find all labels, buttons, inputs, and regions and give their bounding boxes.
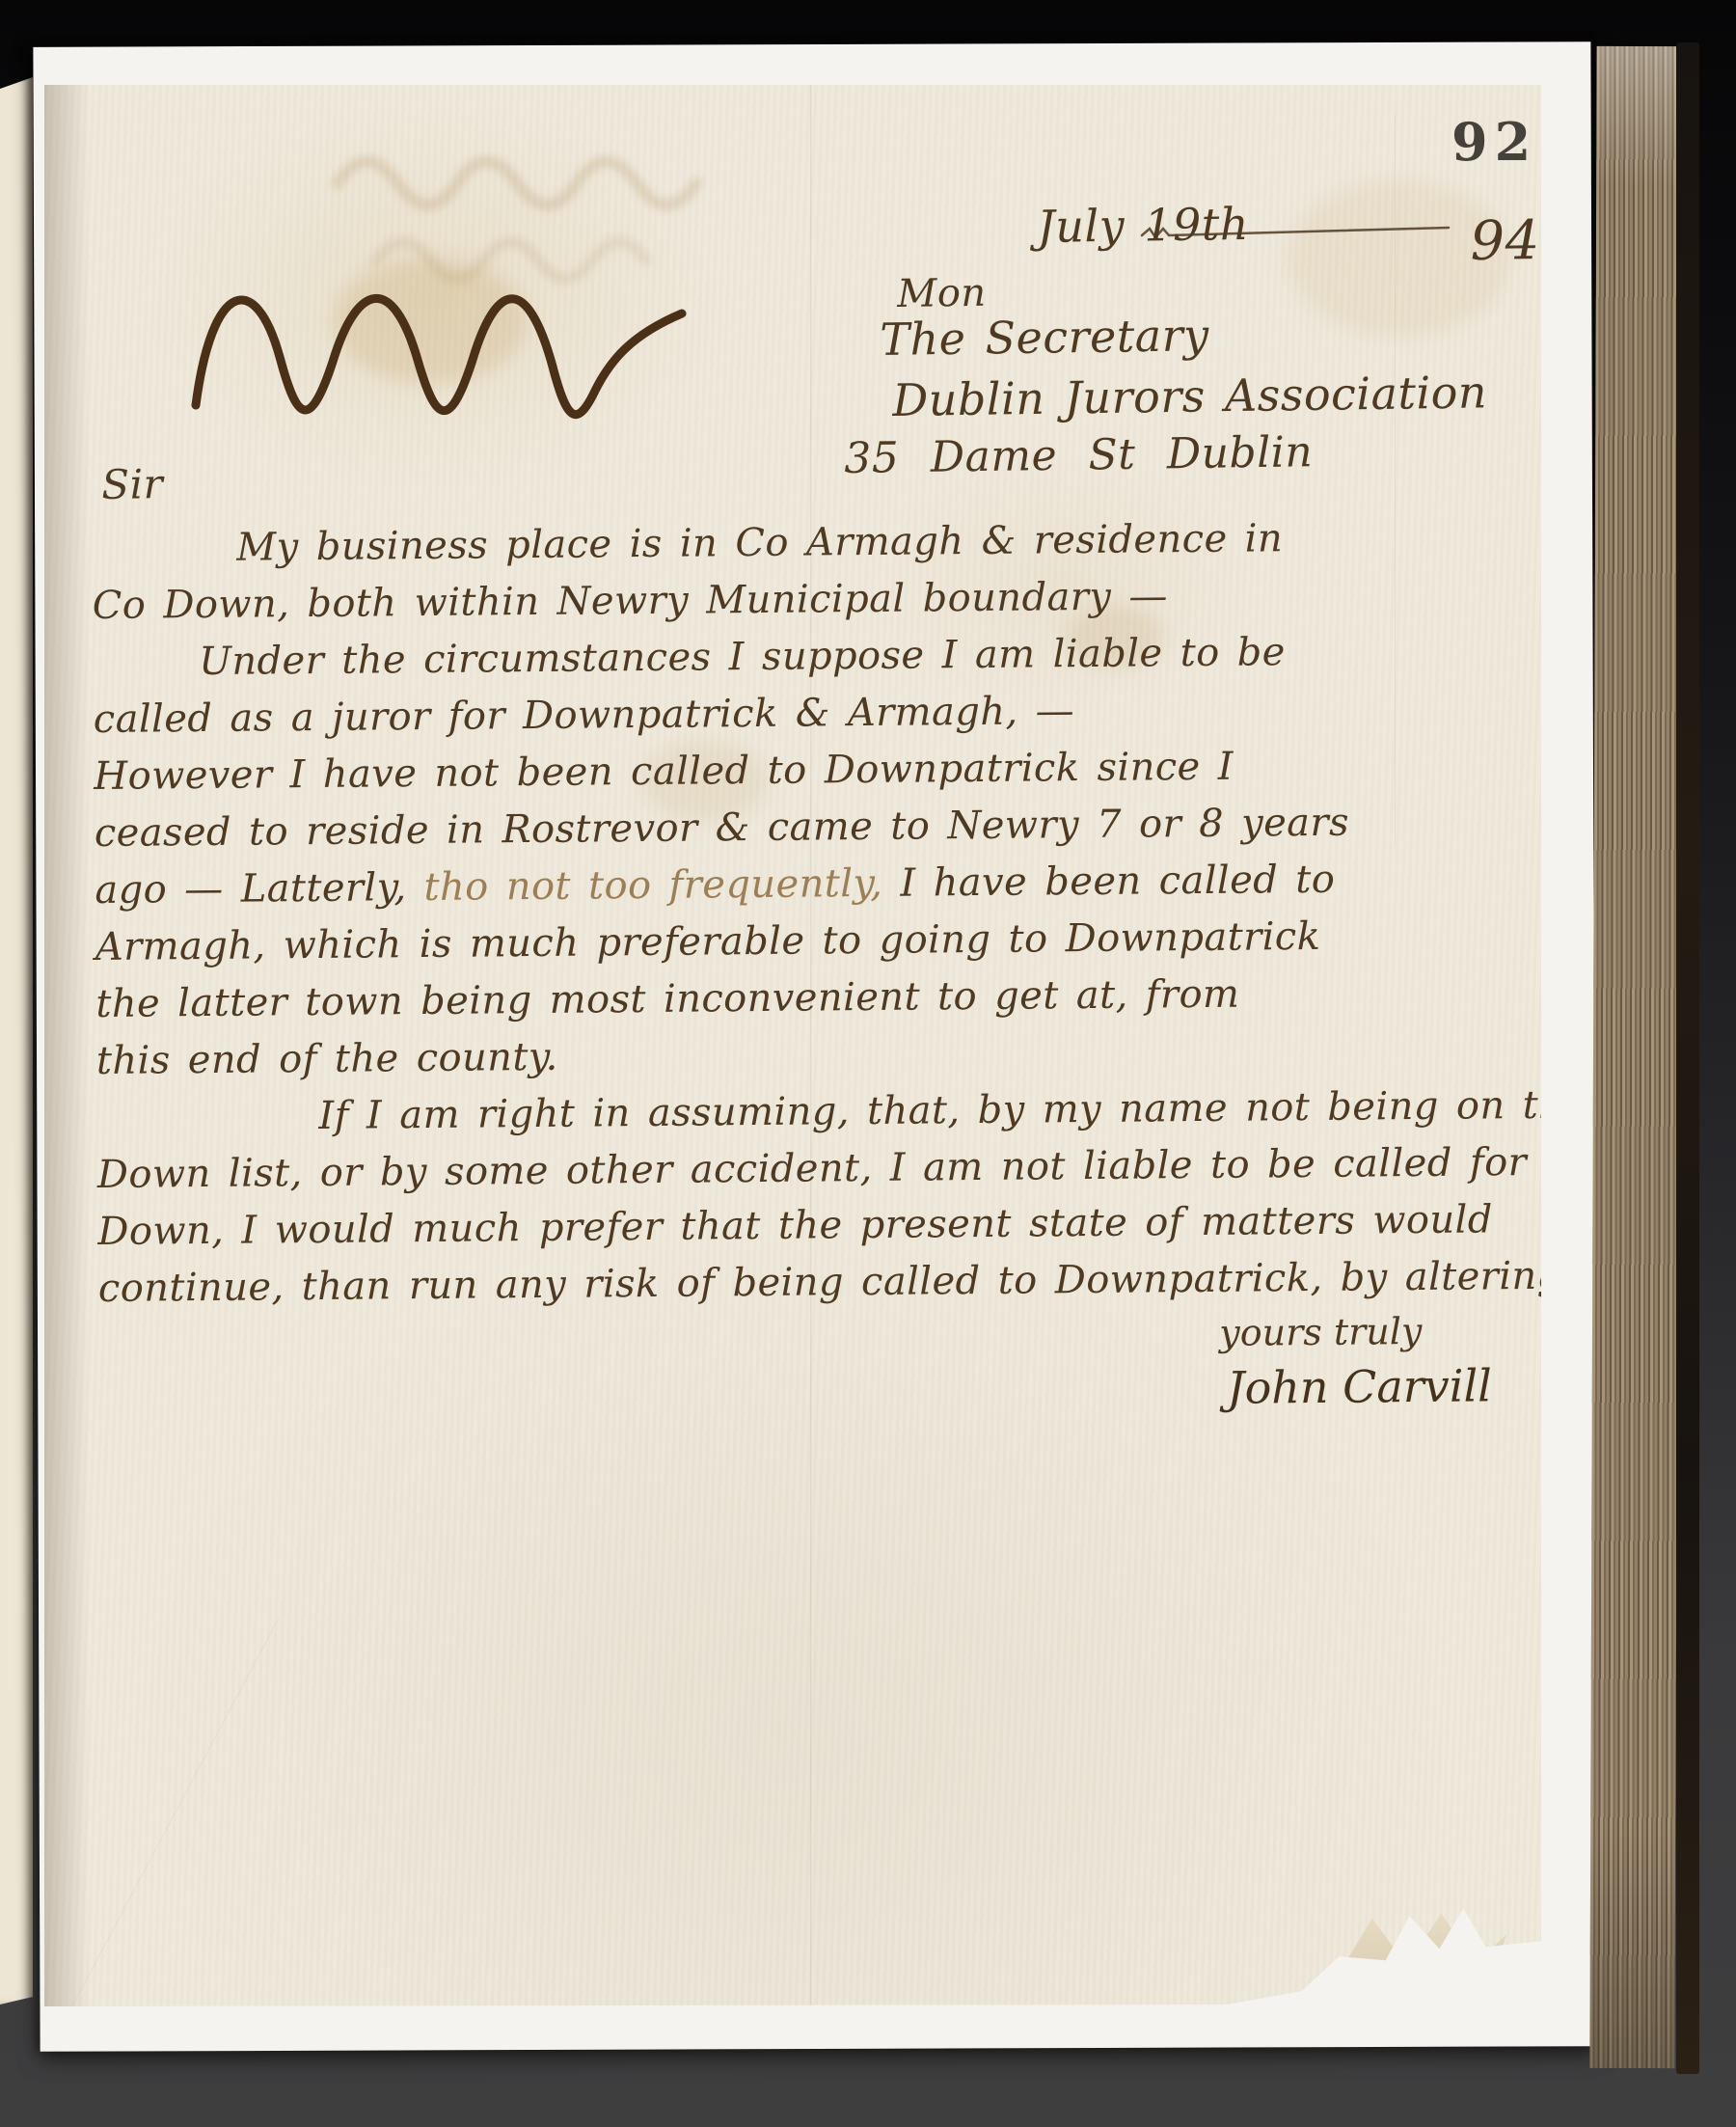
handwritten-folio-number: 94 — [1470, 209, 1540, 273]
letter-body: My business place is in Co Armagh & resi… — [92, 508, 1541, 1428]
book-fore-edge — [1589, 46, 1681, 2068]
letter-annotation: Mon — [897, 271, 987, 316]
paper-crease — [44, 1619, 280, 2006]
stamped-page-number: 92 — [1451, 111, 1537, 173]
salutation: Sir — [101, 460, 163, 508]
photo-background: 92 94 July 19th Mon The Secretary Dublin… — [0, 0, 1736, 2127]
letter-body-lines: My business place is in Co Armagh & resi… — [92, 508, 1541, 1318]
recipient-line: 35 Dame St Dublin — [844, 427, 1313, 483]
letter-page: 92 94 July 19th Mon The Secretary Dublin… — [44, 85, 1541, 2006]
facing-page-edge — [0, 77, 33, 2004]
book-cover-edge — [1676, 42, 1699, 2074]
letter-date: July 19th — [1037, 198, 1249, 253]
letter-signature: John Carvill — [99, 1355, 1541, 1428]
recipient-line: Dublin Jurors Association — [892, 366, 1487, 426]
ink-scribble-mark — [178, 246, 738, 473]
recipient-line: The Secretary — [880, 309, 1209, 366]
